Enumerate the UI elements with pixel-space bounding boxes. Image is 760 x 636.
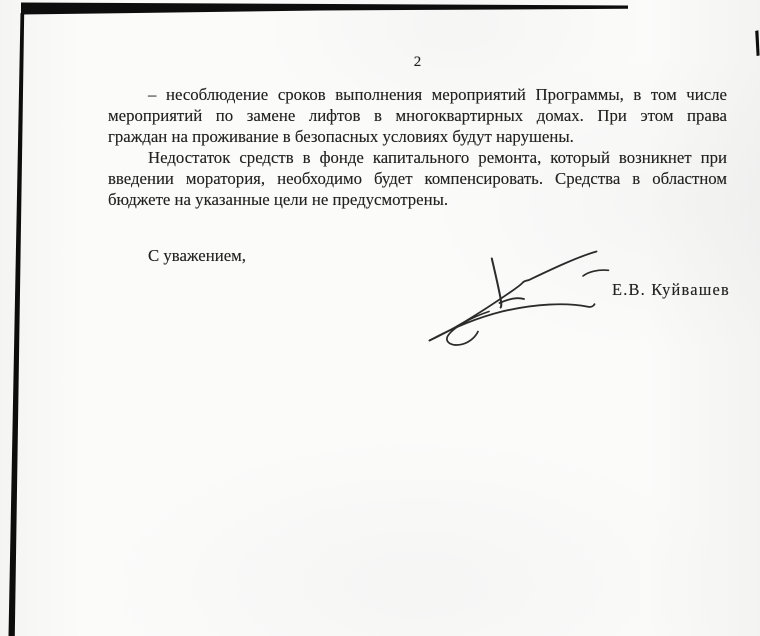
- signature-stroke: [583, 270, 609, 276]
- body-line: граждан на проживание в безопасных услов…: [108, 126, 727, 147]
- scan-edge-left: [9, 13, 25, 636]
- signature-stroke: [430, 304, 595, 340]
- scanned-letter-page: 2 – несоблюдение сроков выполнения мероп…: [0, 0, 760, 636]
- page-number: 2: [108, 52, 727, 73]
- body-line: – несоблюдение сроков выполнения меропри…: [108, 84, 727, 105]
- body-line: бюджете на указанные цели не предусмотре…: [108, 189, 727, 210]
- scan-edge-top: [21, 3, 628, 15]
- signer-name: Е.В. Куйвашев: [612, 279, 730, 300]
- signature-icon: [415, 245, 620, 353]
- signature-stroke: [500, 298, 525, 303]
- signature-stroke: [492, 259, 502, 308]
- scan-edge-right: [755, 30, 759, 56]
- closing-salutation: С уважением,: [148, 245, 246, 266]
- body-line: введении моратория, необходимо будет ком…: [108, 168, 727, 189]
- body-line: Недостаток средств в фонде капитального …: [108, 147, 727, 168]
- body-line: мероприятий по замене лифтов в многоквар…: [108, 105, 727, 126]
- letter-body: – несоблюдение сроков выполнения меропри…: [108, 84, 727, 210]
